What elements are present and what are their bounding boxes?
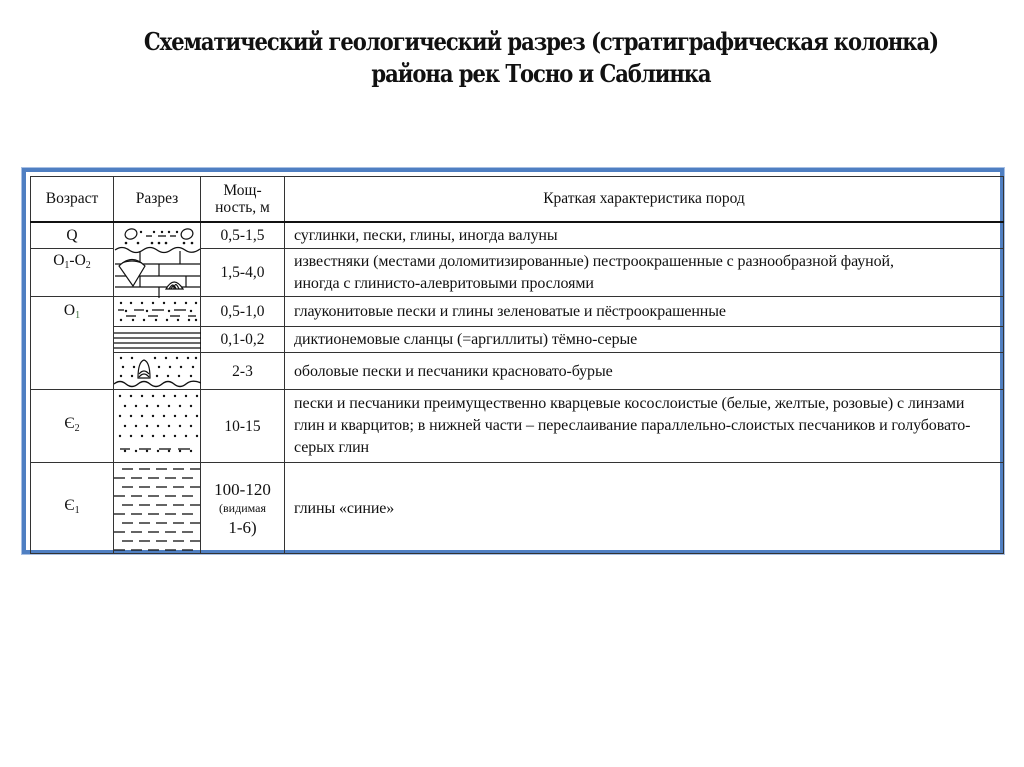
table-row: 0,1-0,2 диктионемовые сланцы (=аргиллиты… <box>31 327 1004 353</box>
description-cell: диктионемовые сланцы (=аргиллиты) тёмно-… <box>285 327 1004 353</box>
section-pattern-cell <box>114 297 201 327</box>
header-description: Краткая характеристика пород <box>285 177 1004 222</box>
stratigraphic-column-table: Возраст Разрез Мощ- ность, м Краткая хар… <box>30 176 1004 554</box>
header-thickness-line2: ность, м <box>201 199 284 216</box>
table-row: O1 0,5-1,0 глауконитовые пески и глины з… <box>31 297 1004 327</box>
table-header-row: Возраст Разрез Мощ- ность, м Краткая хар… <box>31 177 1004 222</box>
thickness-note: (видимая <box>201 499 284 518</box>
header-section: Разрез <box>114 177 201 222</box>
title-line-1: Схематический геологический разрез (стра… <box>65 26 1017 58</box>
thickness-cell: 0,5-1,5 <box>201 222 285 249</box>
age-cell: Q <box>31 222 114 249</box>
age-cell: O1 <box>31 297 114 390</box>
header-age: Возраст <box>31 177 114 222</box>
sandstone-pattern-icon <box>114 390 201 463</box>
thickness-cell: 10-15 <box>201 390 285 463</box>
table-row: Є1 100-120 (видимая 1-6) глины «синие» <box>31 463 1004 554</box>
table-row: Q <box>31 222 1004 249</box>
age-cell: Є1 <box>31 463 114 554</box>
moraine-limestone-pattern-icon <box>114 223 201 298</box>
description-cell: суглинки, пески, глины, иногда валуны <box>285 222 1004 249</box>
header-thickness-line1: Мощ- <box>201 182 284 199</box>
thickness-cell: 0,1-0,2 <box>201 327 285 353</box>
thickness-cell: 100-120 (видимая 1-6) <box>201 463 285 554</box>
section-pattern-cell <box>114 222 201 297</box>
age-cell: Є2 <box>31 390 114 463</box>
table-row: Є2 10-15 пески и песчаники преимуществен… <box>31 390 1004 463</box>
clay-pattern-icon <box>114 463 201 554</box>
page-title: Схематический геологический разрез (стра… <box>65 26 1017 90</box>
thickness-cell: 0,5-1,0 <box>201 297 285 327</box>
section-pattern-cell <box>114 353 201 390</box>
age-cell: O1-O2 <box>31 249 114 297</box>
section-pattern-cell <box>114 390 201 463</box>
obolus-sand-pattern-icon <box>114 353 201 390</box>
description-cell: оболовые пески и песчаники красновато-бу… <box>285 353 1004 390</box>
description-cell: известняки (местами доломитизированные) … <box>285 249 1004 297</box>
title-line-2: района рек Тосно и Саблинка <box>65 58 1017 90</box>
table-row: 2-3 оболовые пески и песчаники красноват… <box>31 353 1004 390</box>
description-cell: пески и песчаники преимущественно кварце… <box>285 390 1004 463</box>
thickness-cell: 1,5-4,0 <box>201 249 285 297</box>
description-cell: глауконитовые пески и глины зеленоватые … <box>285 297 1004 327</box>
thickness-value: 100-120 <box>201 480 284 499</box>
shale-pattern-icon <box>114 327 201 353</box>
glauconitic-sand-pattern-icon <box>114 297 201 327</box>
thickness-note-tail: 1-6) <box>201 518 284 537</box>
thickness-cell: 2-3 <box>201 353 285 390</box>
section-pattern-cell <box>114 463 201 554</box>
section-pattern-cell <box>114 327 201 353</box>
description-cell: глины «синие» <box>285 463 1004 554</box>
header-thickness: Мощ- ность, м <box>201 177 285 222</box>
